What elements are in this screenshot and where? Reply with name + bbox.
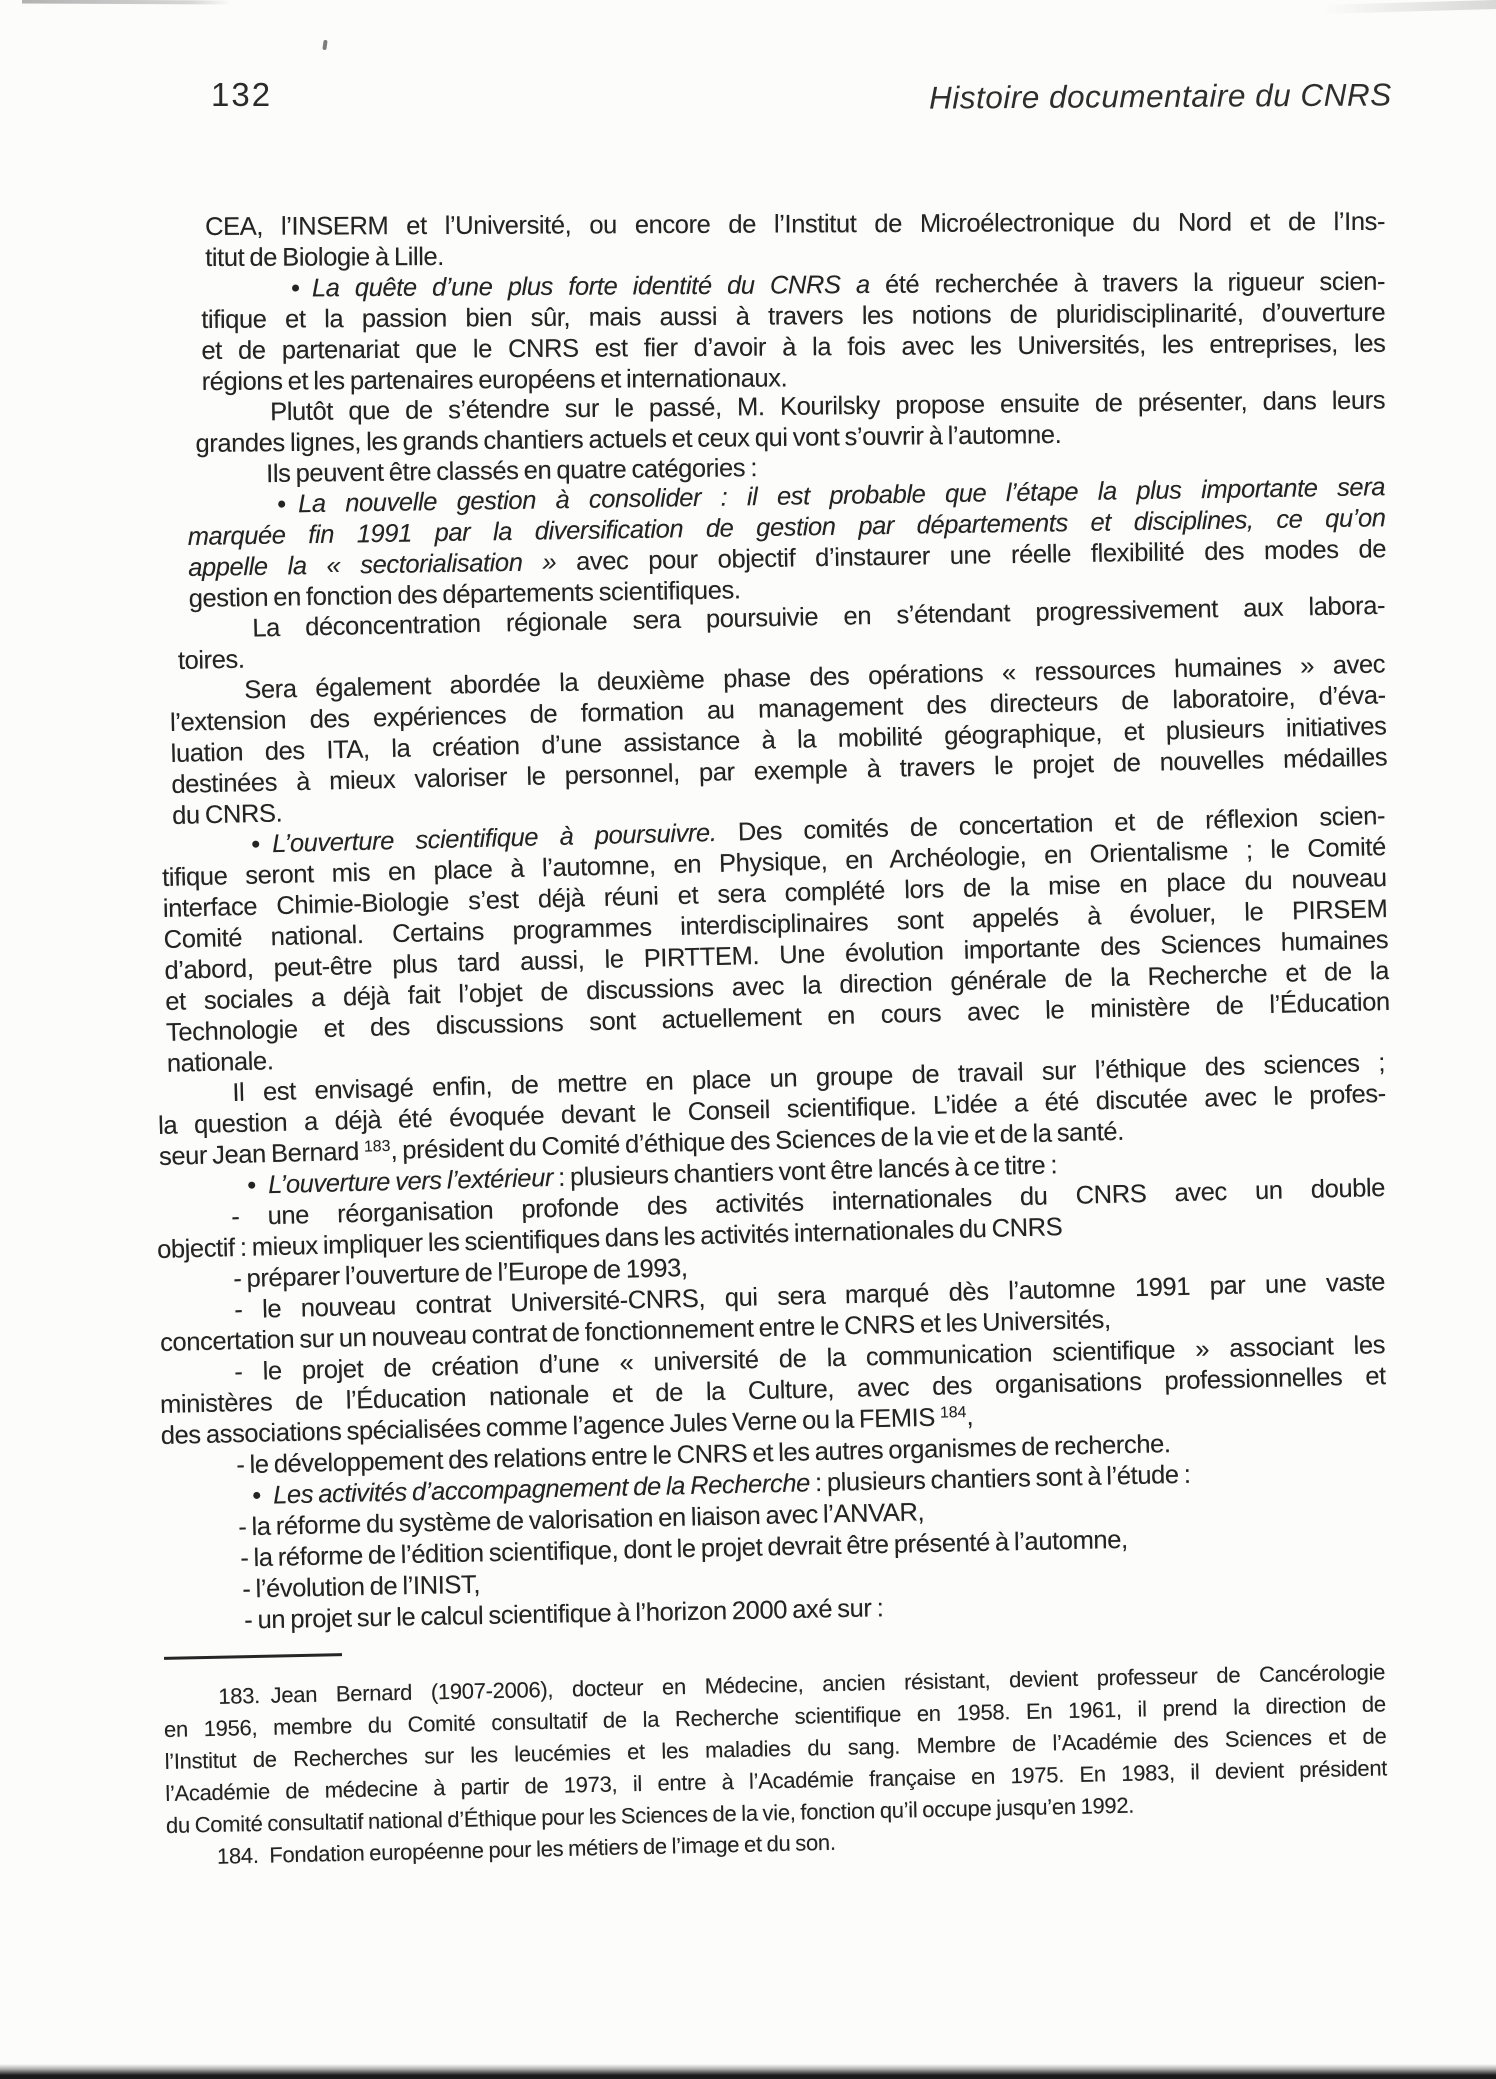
text-run: et de partenariat que le CNRS est fier d… [201,330,1385,365]
text-run: titut de Biologie à Lille. [205,243,444,272]
italic-text-run: La quête d’une plus forte identité du CN… [312,271,870,302]
scan-edge-artifact-bottom [0,2064,1496,2079]
text-run: tifique et la passion bien sûr, mais aus… [201,299,1385,334]
text-run: - l’évolution de l’INIST, [242,1571,480,1604]
text-run: nationale. [167,1047,274,1078]
text-line: CEA, l’INSERM et l’Université, ou encore… [205,207,1385,243]
footnote-reference: 183 [364,1138,391,1156]
scan-edge-artifact-top-left [22,0,232,5]
text-run: régions et les partenaires européens et … [202,364,788,396]
footnote-reference: 184 [940,1404,967,1422]
text-run: • [247,1171,269,1200]
italic-text-run: appelle la « sectorialisation » [188,548,556,582]
text-run: • [277,490,298,518]
text-run: • [251,830,273,859]
scanned-page: 132 Histoire documentaire du CNRS CEA, l… [0,0,1496,2079]
italic-text-run: L’ouverture vers l’extérieur [268,1164,553,1199]
text-run: été recherchée à travers la rigueur scie… [870,268,1386,299]
text-run: , [966,1403,973,1431]
text-run: : plusieurs chantiers sont à l’étude : [810,1461,1191,1498]
paragraph: • L’ouverture scientifique à poursuivre.… [161,801,1391,1080]
text-run: • [252,1481,274,1509]
page-number: 132 [211,76,272,114]
paragraph: • La quête d’une plus forte identité du … [201,267,1386,398]
text-run: du CNRS. [172,799,283,829]
footnotes-section: 183. Jean Bernard (1907-2006), docteur e… [163,1662,1388,1874]
paragraph: CEA, l’INSERM et l’Université, ou encore… [205,207,1385,274]
scan-speck-artifact [322,40,327,50]
text-run: • [291,274,312,302]
running-title: Histoire documentaire du CNRS [929,76,1392,116]
footnote-separator-rule [164,1653,342,1660]
text-run: seur Jean Bernard [159,1138,365,1171]
body-text-column: CEA, l’INSERM et l’Université, ou encore… [205,212,1385,1874]
text-run: toires. [178,646,245,675]
footnote: 183. Jean Bernard (1907-2006), docteur e… [163,1656,1388,1842]
text-run: CEA, l’INSERM et l’Université, ou encore… [205,208,1385,241]
scan-edge-artifact-top-right [1291,0,1496,15]
